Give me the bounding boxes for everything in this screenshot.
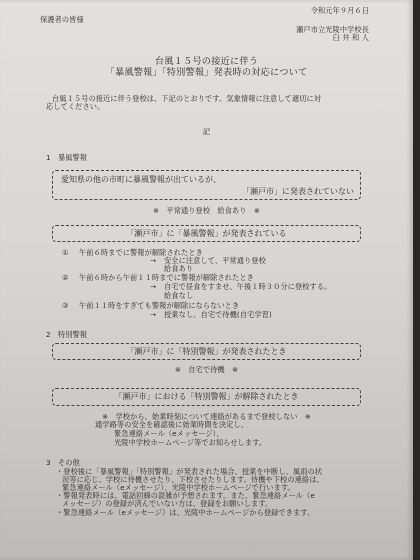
- section-2-box-2: 「瀬戸市」における「特別警報」が解除されたとき: [52, 388, 361, 406]
- document-page: 保護者の皆様 令和元年９月６日 瀬戸市立光陵中学校長 臼 井 和 人 台風１５号…: [0, 0, 413, 560]
- ki-heading: 記: [0, 127, 413, 137]
- section-2-note-line-3: 光陵中学校ホームページ等でお知らせします。: [114, 438, 266, 448]
- section-2-box-1: 「瀬戸市」に「特別警報」が発表されたとき: [52, 343, 361, 360]
- box-2-text: 「瀬戸市」に「暴風警報」が発表されている: [53, 228, 360, 239]
- section-2-note-1: ※ 自宅で待機 ※: [0, 365, 413, 375]
- case-2-result-2: 給食なし: [164, 291, 193, 301]
- section-2-heading: 2 特別警報: [46, 330, 87, 340]
- section-1-box-1: 愛知県の他の市町に暴風警報が出ているが、 「瀬戸市」に発表されていない: [52, 170, 361, 200]
- case-3-result: 授業なし。自宅で待機(自宅学習): [164, 310, 272, 320]
- case-1-arrow: →: [150, 256, 156, 265]
- section-1-box-2: 「瀬戸市」に「暴風警報」が発表されている: [52, 225, 361, 242]
- section-2-box-1-text: 「瀬戸市」に「特別警報」が発表されたとき: [53, 346, 360, 357]
- box-1-line-2: 「瀬戸市」に発表されていない: [242, 186, 354, 197]
- section-1-heading: 1 暴風警報: [46, 153, 87, 163]
- intro-line-2: 応してください。: [46, 102, 104, 112]
- case-3-arrow: →: [150, 310, 156, 319]
- addressee: 保護者の皆様: [40, 15, 84, 25]
- sender-name: 臼 井 和 人: [333, 33, 369, 43]
- section-2-box-2-text: 「瀬戸市」における「特別警報」が解除されたとき: [53, 391, 360, 402]
- case-2-arrow: →: [150, 282, 156, 291]
- section-1-note-1: ※ 平常通り登校 給食あり ※: [0, 206, 413, 216]
- case-3-num: ③: [62, 301, 69, 310]
- case-2-num: ②: [62, 273, 69, 282]
- date: 令和元年９月６日: [311, 6, 369, 16]
- bullet-3-line-1: ・緊急連絡メール（eメッセージ）は、光陵中ホームページから登録できます。: [56, 508, 314, 518]
- title-line-2: 「暴風警報」「特別警報」発表時の対応について: [0, 64, 413, 78]
- box-1-line-1: 愛知県の他の市町に暴風警報が出ているが、: [61, 174, 221, 185]
- case-1-num: ①: [62, 248, 69, 257]
